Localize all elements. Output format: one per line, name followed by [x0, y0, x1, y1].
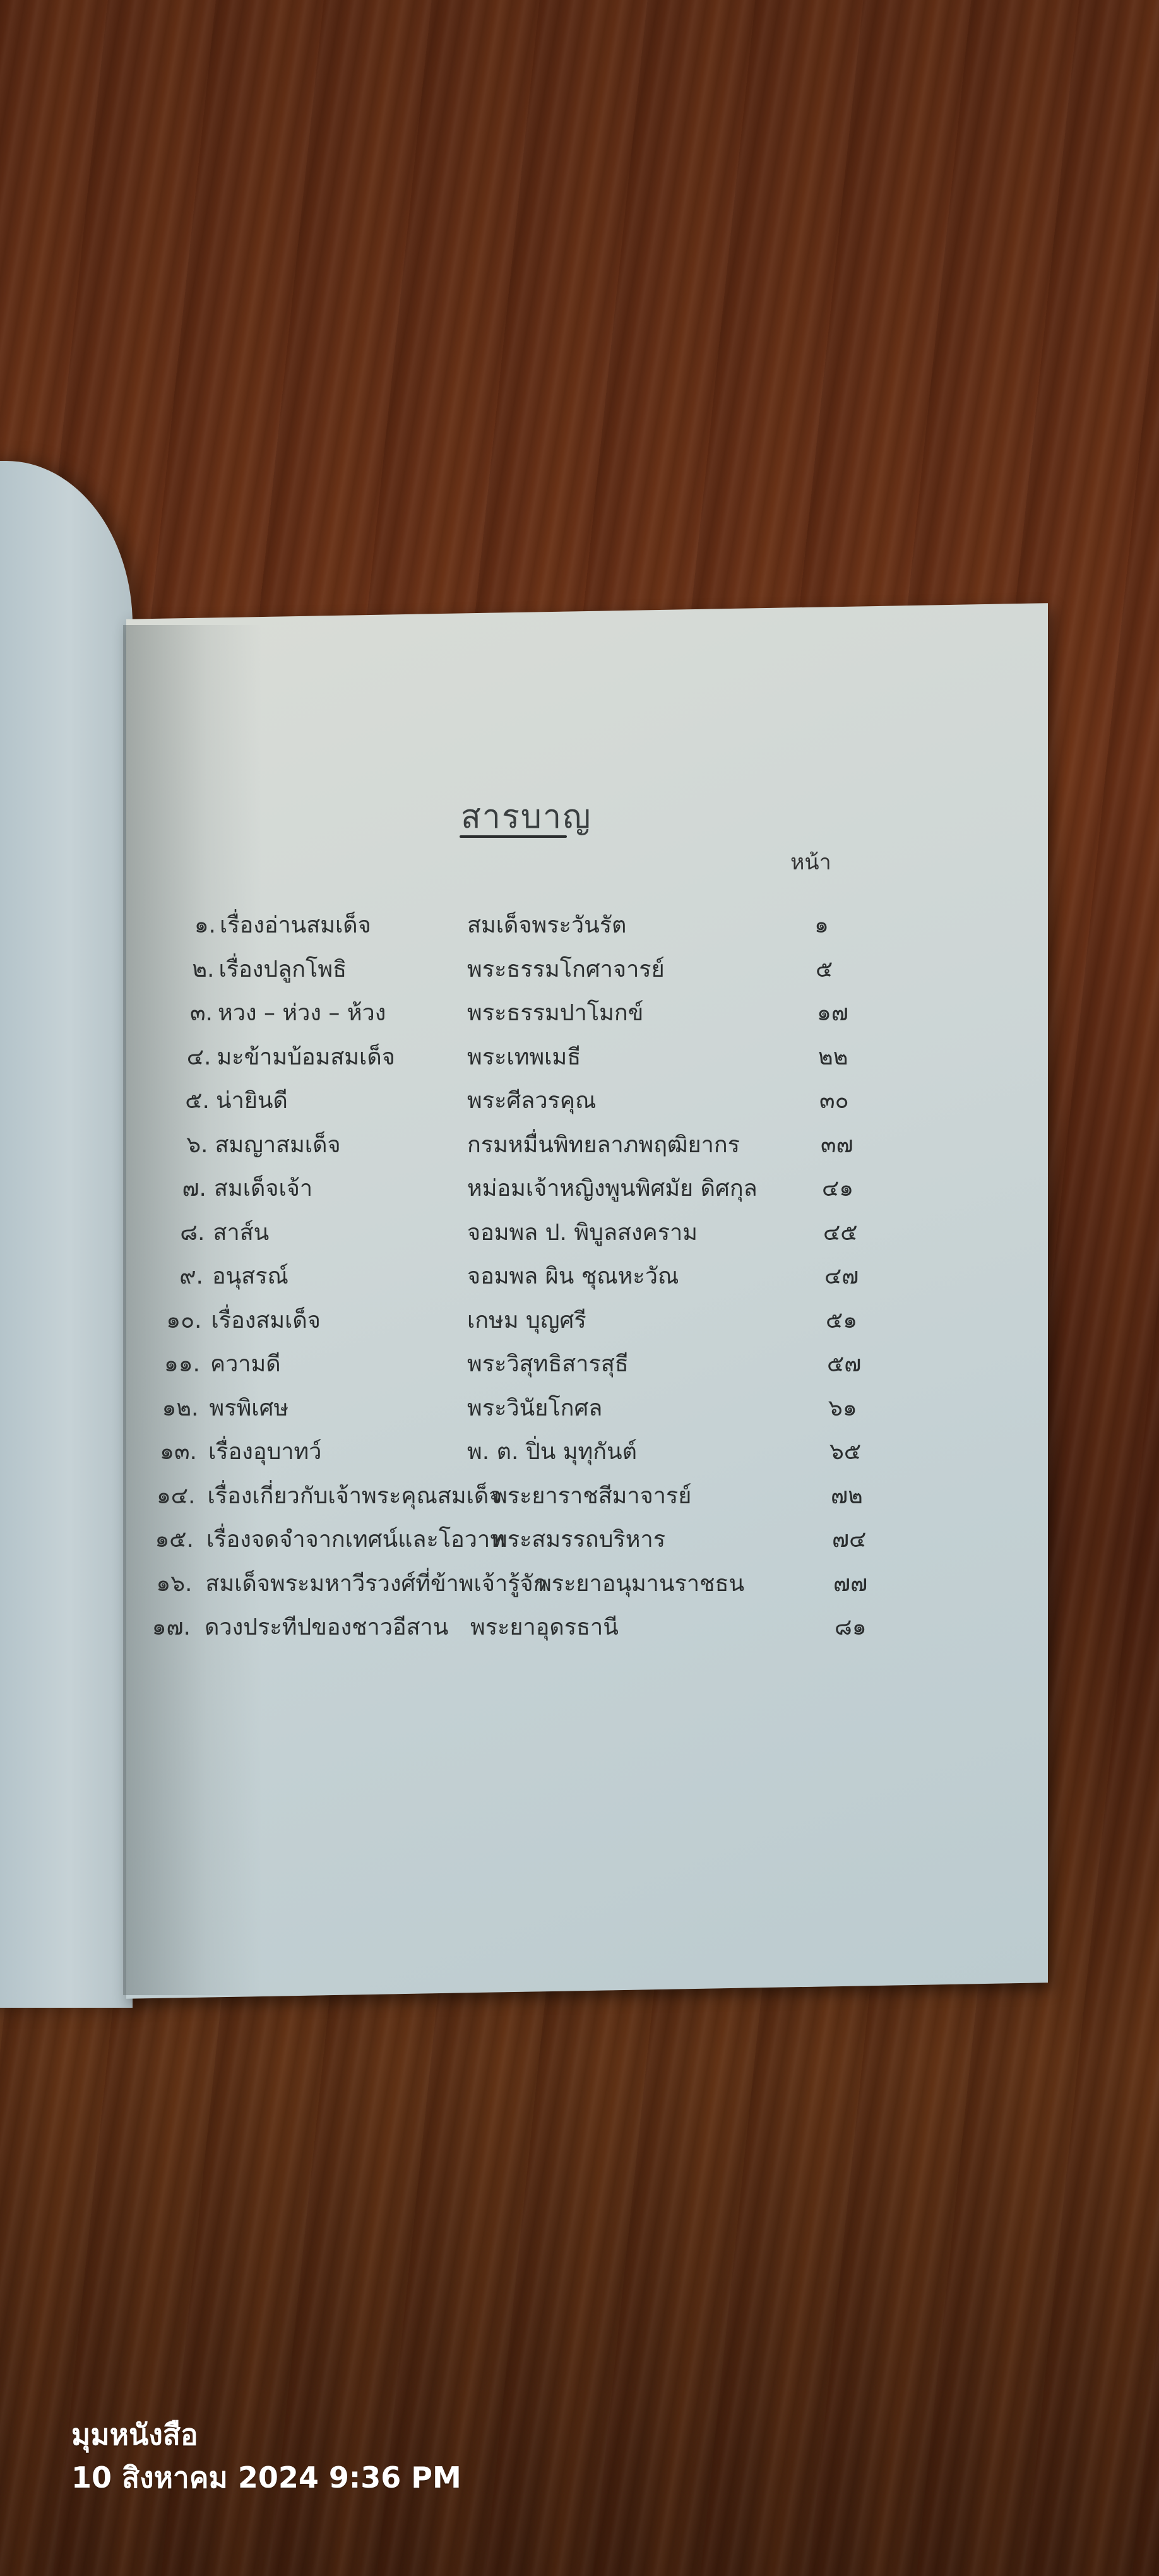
- toc-entry-number: ๑๐.: [120, 1302, 202, 1338]
- toc-entry-author: พระเทพเมธี: [467, 1039, 581, 1075]
- toc-entry-author: หม่อมเจ้าหญิงพูนพิศมัย ดิศกุล: [467, 1170, 758, 1206]
- toc-entry: ๖.สมญาสมเด็จกรมหมื่นพิทยลาภพฤฒิยากร๓๗: [126, 1126, 1048, 1164]
- toc-entry: ๓.หวง – ห่วง – ห้วงพระธรรมปาโมกข์๑๗: [126, 994, 1048, 1032]
- toc-entry-title: เรื่องอ่านสมเด็จ: [220, 907, 371, 943]
- toc-entry-page: ๗๔: [832, 1521, 866, 1557]
- toc-entry-number: ๗.: [124, 1170, 206, 1206]
- toc-entry-title: มะข้ามบ้อมสมเด็จ: [217, 1039, 395, 1075]
- toc-entry-page: ๖๕: [829, 1433, 861, 1469]
- toc-entry-page: ๓๗: [821, 1126, 853, 1162]
- toc-entry: ๙.อนุสรณ์จอมพล ผิน ชุณหะวัณ๔๗: [126, 1258, 1048, 1296]
- toc-entry-title: พรพิเศษ: [210, 1390, 289, 1426]
- watermark-timestamp: 10 สิงหาคม 2024 9:36 PM: [71, 2455, 461, 2501]
- toc-entry-page: ๕๑: [826, 1302, 857, 1338]
- toc-entry-page: ๗๒: [831, 1477, 863, 1513]
- toc-entry: ๑๒.พรพิเศษพระวินัยโกศล๖๑: [126, 1390, 1048, 1428]
- toc-entry-number: ๑๖.: [110, 1565, 193, 1601]
- toc-entry-author: พระธรรมปาโมกข์: [467, 994, 643, 1030]
- toc-title-underline: [460, 835, 567, 838]
- toc-entry-title: อนุสรณ์: [212, 1258, 288, 1294]
- toc-entry: ๘.สาส์นจอมพล ป. พิบูลสงคราม๔๕: [126, 1214, 1048, 1252]
- toc-entry-author: กรมหมื่นพิทยลาภพฤฒิยากร: [467, 1126, 740, 1162]
- toc-entry: ๕.น่ายินดีพระศีลวรคุณ๓๐: [126, 1082, 1048, 1120]
- toc-title: สารบาญ: [461, 790, 591, 842]
- toc-entry-author: เกษม บุญศรี: [467, 1302, 586, 1338]
- toc-entry-author: พระสมรรถบริหาร: [492, 1521, 665, 1557]
- toc-entry-title: เรื่องเกี่ยวกับเจ้าพระคุณสมเด็จ: [208, 1477, 502, 1513]
- toc-entry: ๑.เรื่องอ่านสมเด็จสมเด็จพระวันรัต๑: [126, 907, 1048, 945]
- toc-entry-author: สมเด็จพระวันรัต: [467, 907, 626, 943]
- toc-entry-number: ๖.: [126, 1126, 208, 1162]
- toc-entry-number: ๔.: [129, 1039, 211, 1075]
- toc-entry: ๑๗.ดวงประทีปของชาวอีสานพระยาอุดรธานี๘๑: [126, 1609, 1048, 1647]
- toc-entry-author: พระวินัยโกศล: [467, 1390, 602, 1426]
- toc-entry-number: ๑.: [134, 907, 216, 943]
- toc-entry-title: สมญาสมเด็จ: [215, 1126, 341, 1162]
- toc-entry-page: ๖๑: [828, 1390, 857, 1426]
- toc-entry-title: สาส์น: [213, 1214, 270, 1250]
- toc-entry-page: ๔๑: [822, 1170, 853, 1206]
- toc-entry: ๑๑.ความดีพระวิสุทธิสารสุธี๕๗: [126, 1345, 1048, 1383]
- toc-entry-author: พระยาราชสีมาจารย์: [492, 1477, 691, 1513]
- toc-entry-page: ๑๗: [817, 994, 848, 1030]
- toc-entry: ๑๔.เรื่องเกี่ยวกับเจ้าพระคุณสมเด็จพระยาร…: [126, 1477, 1048, 1515]
- toc-entry: ๑๕.เรื่องจดจำจากเทศน์และโอวาทพระสมรรถบริ…: [126, 1521, 1048, 1559]
- toc-entry-number: ๑๒.: [117, 1390, 199, 1426]
- toc-entry-page: ๕๗: [827, 1345, 861, 1381]
- book-left-page-curl: [0, 461, 133, 2008]
- toc-entry-number: ๑๔.: [114, 1477, 196, 1513]
- toc-entry-author: พ. ต. ปิ่น มุทุกันต์: [467, 1433, 637, 1469]
- toc-entry-title: เรื่องปลูกโพธิ: [219, 951, 347, 987]
- table-of-contents: สารบาญ หน้า ๑.เรื่องอ่านสมเด็จสมเด็จพระว…: [126, 611, 1048, 1991]
- toc-entry-author: พระยาอนุมานราชธน: [537, 1565, 744, 1601]
- toc-entry-number: ๑๓.: [115, 1433, 197, 1469]
- toc-entry-title: เรื่องอุบาทว์: [208, 1433, 321, 1469]
- toc-entry-number: ๓.: [131, 994, 213, 1030]
- toc-entry-author: พระยาอุดรธานี: [470, 1609, 619, 1645]
- toc-entry-number: ๑๗.: [109, 1609, 191, 1645]
- toc-entry-page: ๗๗: [833, 1565, 867, 1601]
- toc-entry-page: ๓๐: [819, 1082, 849, 1118]
- toc-entry-number: ๙.: [121, 1258, 203, 1294]
- toc-entry: ๑๐.เรื่องสมเด็จเกษม บุญศรี๕๑: [126, 1302, 1048, 1340]
- toc-entry-number: ๑๕.: [112, 1521, 194, 1557]
- toc-entry-title: น่ายินดี: [216, 1082, 288, 1118]
- toc-entry-page: ๑: [814, 907, 829, 943]
- toc-entry-title: หวง – ห่วง – ห้วง: [218, 994, 386, 1030]
- toc-entry-page: ๒๒: [818, 1039, 848, 1075]
- toc-entry-title: สมเด็จพระมหาวีรวงศ์ที่ข้าพเจ้ารู้จัก: [206, 1565, 547, 1601]
- toc-entry-page: ๕: [816, 951, 833, 987]
- toc-entry: ๔.มะข้ามบ้อมสมเด็จพระเทพเมธี๒๒: [126, 1039, 1048, 1076]
- toc-entry-author: จอมพล ป. พิบูลสงคราม: [467, 1214, 698, 1250]
- toc-entry-number: ๒.: [133, 951, 215, 987]
- toc-entry-title: เรื่องจดจำจากเทศน์และโอวาท: [206, 1521, 505, 1557]
- toc-entry-author: จอมพล ผิน ชุณหะวัณ: [467, 1258, 679, 1294]
- toc-entry: ๗.สมเด็จเจ้าหม่อมเจ้าหญิงพูนพิศมัย ดิศกุ…: [126, 1170, 1048, 1208]
- toc-entry-author: พระธรรมโกศาจารย์: [467, 951, 665, 987]
- toc-entry: ๑๓.เรื่องอุบาทว์พ. ต. ปิ่น มุทุกันต์๖๕: [126, 1433, 1048, 1471]
- toc-entry-author: พระศีลวรคุณ: [467, 1082, 596, 1118]
- page-column-header: หน้า: [790, 845, 831, 879]
- toc-entry-number: ๕.: [128, 1082, 210, 1118]
- toc-entry-title: เรื่องสมเด็จ: [211, 1302, 321, 1338]
- toc-entry-author: พระวิสุทธิสารสุธี: [467, 1345, 629, 1381]
- toc-entry-title: ความดี: [210, 1345, 281, 1381]
- toc-entry-page: ๘๑: [835, 1609, 867, 1645]
- toc-entry: ๒.เรื่องปลูกโพธิพระธรรมโกศาจารย์๕: [126, 951, 1048, 989]
- toc-entry-title: ดวงประทีปของชาวอีสาน: [205, 1609, 448, 1645]
- toc-entry-number: ๘.: [123, 1214, 205, 1250]
- toc-entry-number: ๑๑.: [118, 1345, 200, 1381]
- toc-entry-page: ๔๕: [823, 1214, 858, 1250]
- toc-entry-page: ๔๗: [824, 1258, 859, 1294]
- toc-entry: ๑๖.สมเด็จพระมหาวีรวงศ์ที่ข้าพเจ้ารู้จักพ…: [126, 1565, 1048, 1603]
- watermark-title: มุมหนังสือ: [71, 2412, 198, 2458]
- toc-entry-title: สมเด็จเจ้า: [214, 1170, 312, 1206]
